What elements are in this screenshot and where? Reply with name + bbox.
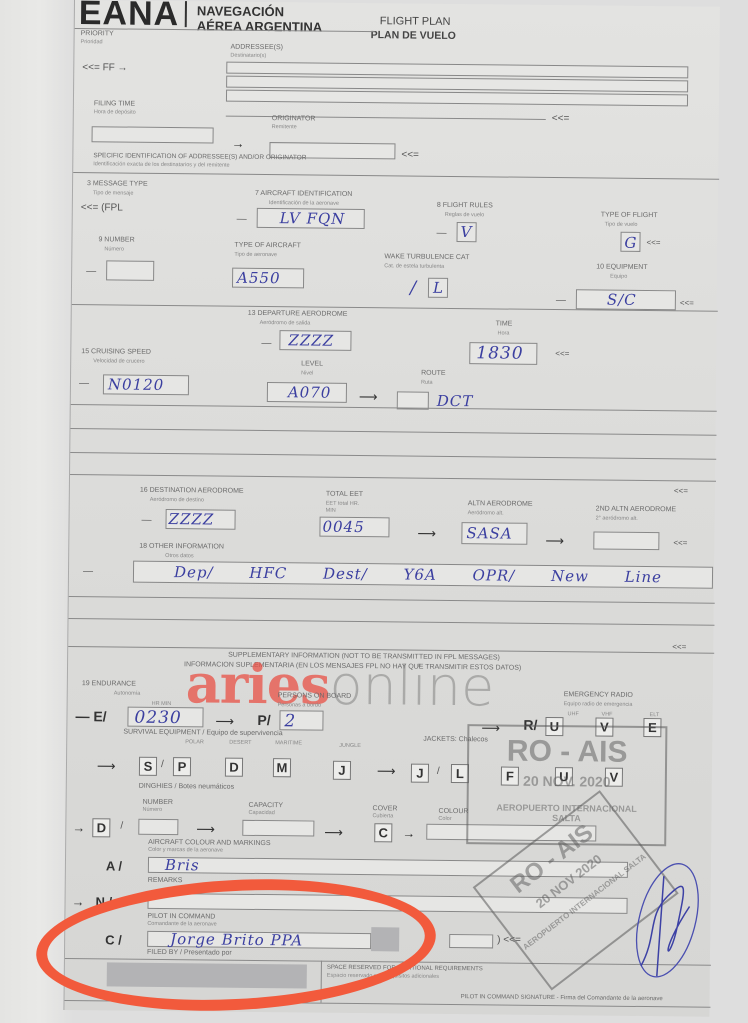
dinghies-label: DINGHIES / Botes neumáticos — [139, 783, 234, 791]
message-type-label: 3 MESSAGE TYPE — [87, 180, 148, 188]
other-info-value: Dep/ HFC Dest/ Y6A OPR/ New Line — [174, 563, 662, 586]
dash: — — [261, 338, 271, 349]
total-eet-field[interactable]: 0045 — [319, 517, 389, 538]
destination-field[interactable]: ZZZZ — [165, 509, 235, 530]
message-type-sub: Tipo de mensaje — [93, 190, 134, 196]
route-sub: Ruta — [421, 380, 433, 386]
cruising-speed-label: 15 CRUISING SPEED — [81, 348, 151, 356]
end-marker: <<= — [555, 349, 569, 358]
priority-label: PRIORITY — [81, 30, 114, 37]
flight-plan-form: EANA NAVEGACIÓN AÉREA ARGENTINA FLIGHT P… — [63, 0, 720, 1017]
altn2-sub: 2° aeródromo alt. — [596, 515, 638, 521]
arrow-icon: ⟶ — [196, 821, 215, 837]
aircraft-type-label: TYPE OF AIRCRAFT — [234, 242, 301, 250]
dash: — — [79, 378, 89, 389]
dash: — — [83, 566, 93, 577]
colour-sub: Color — [438, 816, 451, 822]
aircraft-colour-label: AIRCRAFT COLOUR AND MARKINGS — [148, 839, 270, 847]
priority-sub: Prioridad — [81, 39, 103, 45]
signature-scribble — [627, 856, 708, 987]
specific-id-sub: Identificación exacta de los destinatari… — [93, 161, 229, 168]
destination-sub: Aeródromo de destino — [150, 497, 204, 504]
dinghy-number-sub: Número — [142, 807, 162, 813]
watermark: ariesonline — [186, 651, 495, 718]
aircraft-colour-sub: Color y marcas de la aeronave — [148, 847, 223, 854]
time-value: 1830 — [476, 343, 523, 363]
altn-value: SASA — [466, 524, 512, 542]
equipment-field[interactable]: S/C — [576, 289, 676, 310]
persons-prefix: P/ — [257, 712, 270, 728]
addressee-sub: Destinatario(s) — [230, 53, 266, 59]
radio-col-uhf: UHF — [568, 711, 579, 717]
colour-label: COLOUR — [438, 808, 468, 815]
arrow-icon: ⟶ — [97, 758, 116, 774]
dash: — — [556, 295, 566, 306]
altn-label: ALTN AERODROME — [468, 500, 533, 508]
flight-rules-value: V — [460, 223, 472, 241]
dash: — — [86, 266, 96, 277]
signature-sub: Firma del Comandante de la aeronave — [560, 995, 662, 1002]
number-field[interactable] — [106, 260, 154, 281]
survival-s-box[interactable]: S — [139, 757, 157, 776]
level-value: A070 — [288, 383, 332, 401]
persons-sub: Personas a bordo — [278, 702, 321, 708]
equipment-value: S/C — [607, 291, 637, 309]
level-sub: Nivel — [301, 370, 313, 376]
type-of-flight-sub: Tipo de vuelo — [605, 222, 638, 228]
persons-label: PERSONS ON BOARD — [278, 692, 352, 700]
signature-label: PILOT IN COMMAND SIGNATURE - Firma del C… — [461, 994, 663, 1002]
filing-time-sub: Hora de depósito — [94, 109, 136, 115]
message-type-value: <<= (FPL — [81, 202, 123, 213]
arrow-icon: → — [72, 820, 85, 835]
end-marker: <<= — [674, 486, 688, 495]
endurance-prefix: — E/ — [75, 708, 106, 724]
arrow-icon: ⟶ — [417, 526, 436, 542]
dash: — — [437, 228, 447, 239]
slash: / — [437, 766, 440, 777]
survival-col-jungle: JUNGLE — [339, 743, 361, 749]
other-info-line — [69, 596, 715, 604]
departure-label: 13 DEPARTURE AERODROME — [248, 310, 348, 318]
remarks-label: REMARKS — [148, 877, 183, 884]
cover-sub: Cubierta — [372, 813, 393, 819]
emergency-radio-label: EMERGENCY RADIO — [564, 691, 633, 699]
survival-maritime-box[interactable]: M — [273, 758, 291, 777]
survival-label-text: SURVIVAL EQUIPMENT — [123, 729, 200, 737]
number-label: 9 NUMBER — [98, 236, 134, 243]
end-marker: <<= — [672, 642, 686, 651]
route-line — [70, 474, 716, 482]
equipment-sub: Equipo — [610, 274, 627, 280]
departure-field[interactable]: ZZZZ — [279, 330, 351, 351]
time-sub: Hora — [497, 330, 509, 336]
route-line — [71, 404, 717, 412]
dinghies-label-text: DINGHIES — [139, 783, 173, 790]
wake-turbulence-label: WAKE TURBULENCE CAT — [384, 253, 469, 261]
type-of-flight-field[interactable]: G — [620, 232, 640, 252]
arrow-icon: ⟶ — [377, 763, 396, 779]
type-of-flight-value: G — [624, 234, 637, 252]
slash: / — [410, 278, 417, 299]
total-eet-sub: EET total HR. MIN — [326, 501, 366, 515]
stamp1-date: 20 NOV. 2020 — [469, 772, 665, 790]
altn2-field[interactable] — [593, 531, 659, 550]
end-marker: <<= — [680, 298, 694, 307]
total-eet-value: 0045 — [322, 518, 364, 536]
persons-field[interactable]: 2 — [279, 710, 323, 730]
form-title-en: FLIGHT PLAN — [380, 15, 451, 28]
addressee-label: ADDRESSEE(S) — [230, 44, 283, 52]
destination-value: ZZZZ — [168, 510, 214, 528]
arrow-icon: ⟶ — [215, 714, 234, 730]
survival-polar-box[interactable]: P — [173, 757, 191, 776]
survival-jungle-box[interactable]: J — [333, 761, 351, 780]
wake-turbulence-field[interactable]: L — [428, 278, 448, 298]
arrow-icon: ⟶ — [324, 825, 343, 841]
destination-label: 16 DESTINATION AERODROME — [140, 487, 244, 495]
capacity-sub: Capacidad — [248, 810, 274, 816]
total-eet-label: TOTAL EET — [326, 491, 363, 498]
dash: — — [141, 515, 151, 526]
cruising-speed-field[interactable]: N0120 — [103, 374, 189, 395]
other-info-label: 18 OTHER INFORMATION — [139, 543, 224, 551]
cruising-speed-value: N0120 — [108, 375, 164, 394]
aircraft-colour-prefix: A / — [106, 858, 122, 873]
dash: — — [237, 214, 247, 225]
altn2-label: 2ND ALTN AERODROME — [596, 505, 676, 513]
survival-col-polar: POLAR — [185, 739, 204, 745]
specific-id-label: SPECIFIC IDENTIFICATION OF ADDRESSEE(S) … — [93, 152, 306, 161]
survival-desert-box[interactable]: D — [225, 758, 243, 777]
endurance-prefix-text: E/ — [93, 708, 106, 724]
jackets-box[interactable]: J — [411, 764, 429, 783]
equipment-label: 10 EQUIPMENT — [596, 263, 647, 271]
end-marker: <<= — [646, 238, 660, 247]
slash: / — [120, 821, 123, 832]
dinghy-number-field[interactable] — [138, 819, 178, 835]
other-info-line — [69, 618, 715, 626]
dinghy-box[interactable]: D — [92, 818, 110, 837]
section-divider — [73, 172, 719, 180]
aircraft-id-label: 7 AIRCRAFT IDENTIFICATION — [255, 190, 352, 198]
route-label: ROUTE — [421, 370, 446, 377]
slash: / — [161, 759, 164, 770]
form-title-es: PLAN DE VUELO — [371, 29, 456, 42]
capacity-label: CAPACITY — [249, 802, 284, 809]
survival-col-desert: DESERT — [229, 740, 251, 746]
number-sub: Número — [104, 246, 124, 252]
aircraft-type-sub: Tipo de aeronave — [234, 252, 277, 258]
pic-phone-field[interactable] — [449, 934, 493, 948]
survival-sub: Equipo de supervivencia — [206, 729, 282, 737]
time-label: TIME — [496, 320, 513, 327]
type-of-flight-label: TYPE OF FLIGHT — [601, 212, 658, 220]
route-line — [71, 428, 717, 436]
capacity-field[interactable] — [242, 820, 314, 837]
altn-field[interactable]: SASA — [461, 522, 527, 545]
aircraft-id-field[interactable]: LV FQN — [257, 208, 365, 229]
dinghy-number-label: NUMBER — [143, 799, 173, 806]
arrow-icon: → — [231, 136, 244, 151]
end-marker: <<= — [673, 538, 687, 547]
arrow-icon: ⟶ — [545, 533, 564, 549]
watermark-online: online — [329, 654, 494, 719]
org-line-1: NAVEGACIÓN — [197, 3, 323, 19]
arrow-icon: → — [402, 825, 415, 840]
emergency-radio-sub: Equipo radio de emergencia — [564, 701, 633, 708]
cover-label: COVER — [373, 805, 398, 812]
addressee-field-3[interactable] — [226, 90, 688, 107]
cruising-speed-sub: Velocidad de crucero — [93, 358, 144, 365]
dinghies-sub: Botes neumáticos — [178, 783, 234, 791]
aircraft-type-value: A550 — [237, 269, 281, 287]
aircraft-type-field[interactable]: A550 — [232, 268, 304, 289]
org-line-2: AÉREA ARGENTINA — [197, 18, 323, 34]
flight-rules-sub: Reglas de vuelo — [445, 212, 485, 218]
originator-sub: Remitente — [272, 124, 297, 130]
filing-time-label: FILING TIME — [94, 100, 135, 107]
level-label: LEVEL — [301, 360, 323, 367]
priority-marker: <<= FF → — [82, 62, 127, 73]
survival-label: SURVIVAL EQUIPMENT / Equipo de supervive… — [123, 729, 282, 738]
departure-value: ZZZZ — [288, 331, 334, 349]
altn-sub: Aeródromo alt. — [468, 510, 504, 516]
stamp1-title: RO - AIS — [469, 734, 665, 770]
departure-sub: Aeródromo de salida — [260, 320, 311, 327]
flight-rules-field[interactable]: V — [456, 222, 476, 242]
flight-rules-label: 8 FLIGHT RULES — [437, 202, 493, 210]
other-info-field[interactable]: Dep/ HFC Dest/ Y6A OPR/ New Line — [133, 561, 713, 589]
end-marker: <<= — [552, 113, 570, 124]
time-field[interactable]: 1830 — [469, 342, 537, 365]
survival-col-maritime: MARITIME — [275, 740, 302, 746]
aircraft-colour-value: Bris — [165, 856, 200, 874]
signature-label-text: PILOT IN COMMAND SIGNATURE — [461, 994, 556, 1001]
persons-value: 2 — [284, 711, 296, 731]
filing-time-field[interactable] — [92, 126, 214, 143]
route-line — [70, 452, 716, 460]
wake-turbulence-value: L — [433, 279, 444, 297]
wake-turbulence-sub: Cat. de estela turbulenta — [384, 263, 444, 270]
originator-label: ORIGINATOR — [272, 115, 316, 122]
endurance-value: 0230 — [134, 708, 181, 728]
arrow-icon: ⟶ — [359, 389, 378, 405]
jackets-label-text: JACKETS — [423, 736, 455, 743]
aircraft-id-sub: Identificación de la aeronave — [269, 200, 339, 207]
cover-box[interactable]: C — [374, 823, 392, 842]
arrow-icon: → — [71, 894, 84, 909]
endurance-sub: Autonomía — [114, 690, 141, 696]
endurance-label: 19 ENDURANCE — [82, 680, 136, 688]
endurance-field[interactable]: 0230 — [127, 707, 203, 728]
logo-divider — [185, 1, 187, 27]
other-info-sub: Otros datos — [165, 553, 193, 559]
aircraft-id-value: LV FQN — [280, 209, 346, 228]
level-field[interactable]: A070 — [267, 382, 347, 403]
end-marker: <<= — [401, 149, 419, 160]
